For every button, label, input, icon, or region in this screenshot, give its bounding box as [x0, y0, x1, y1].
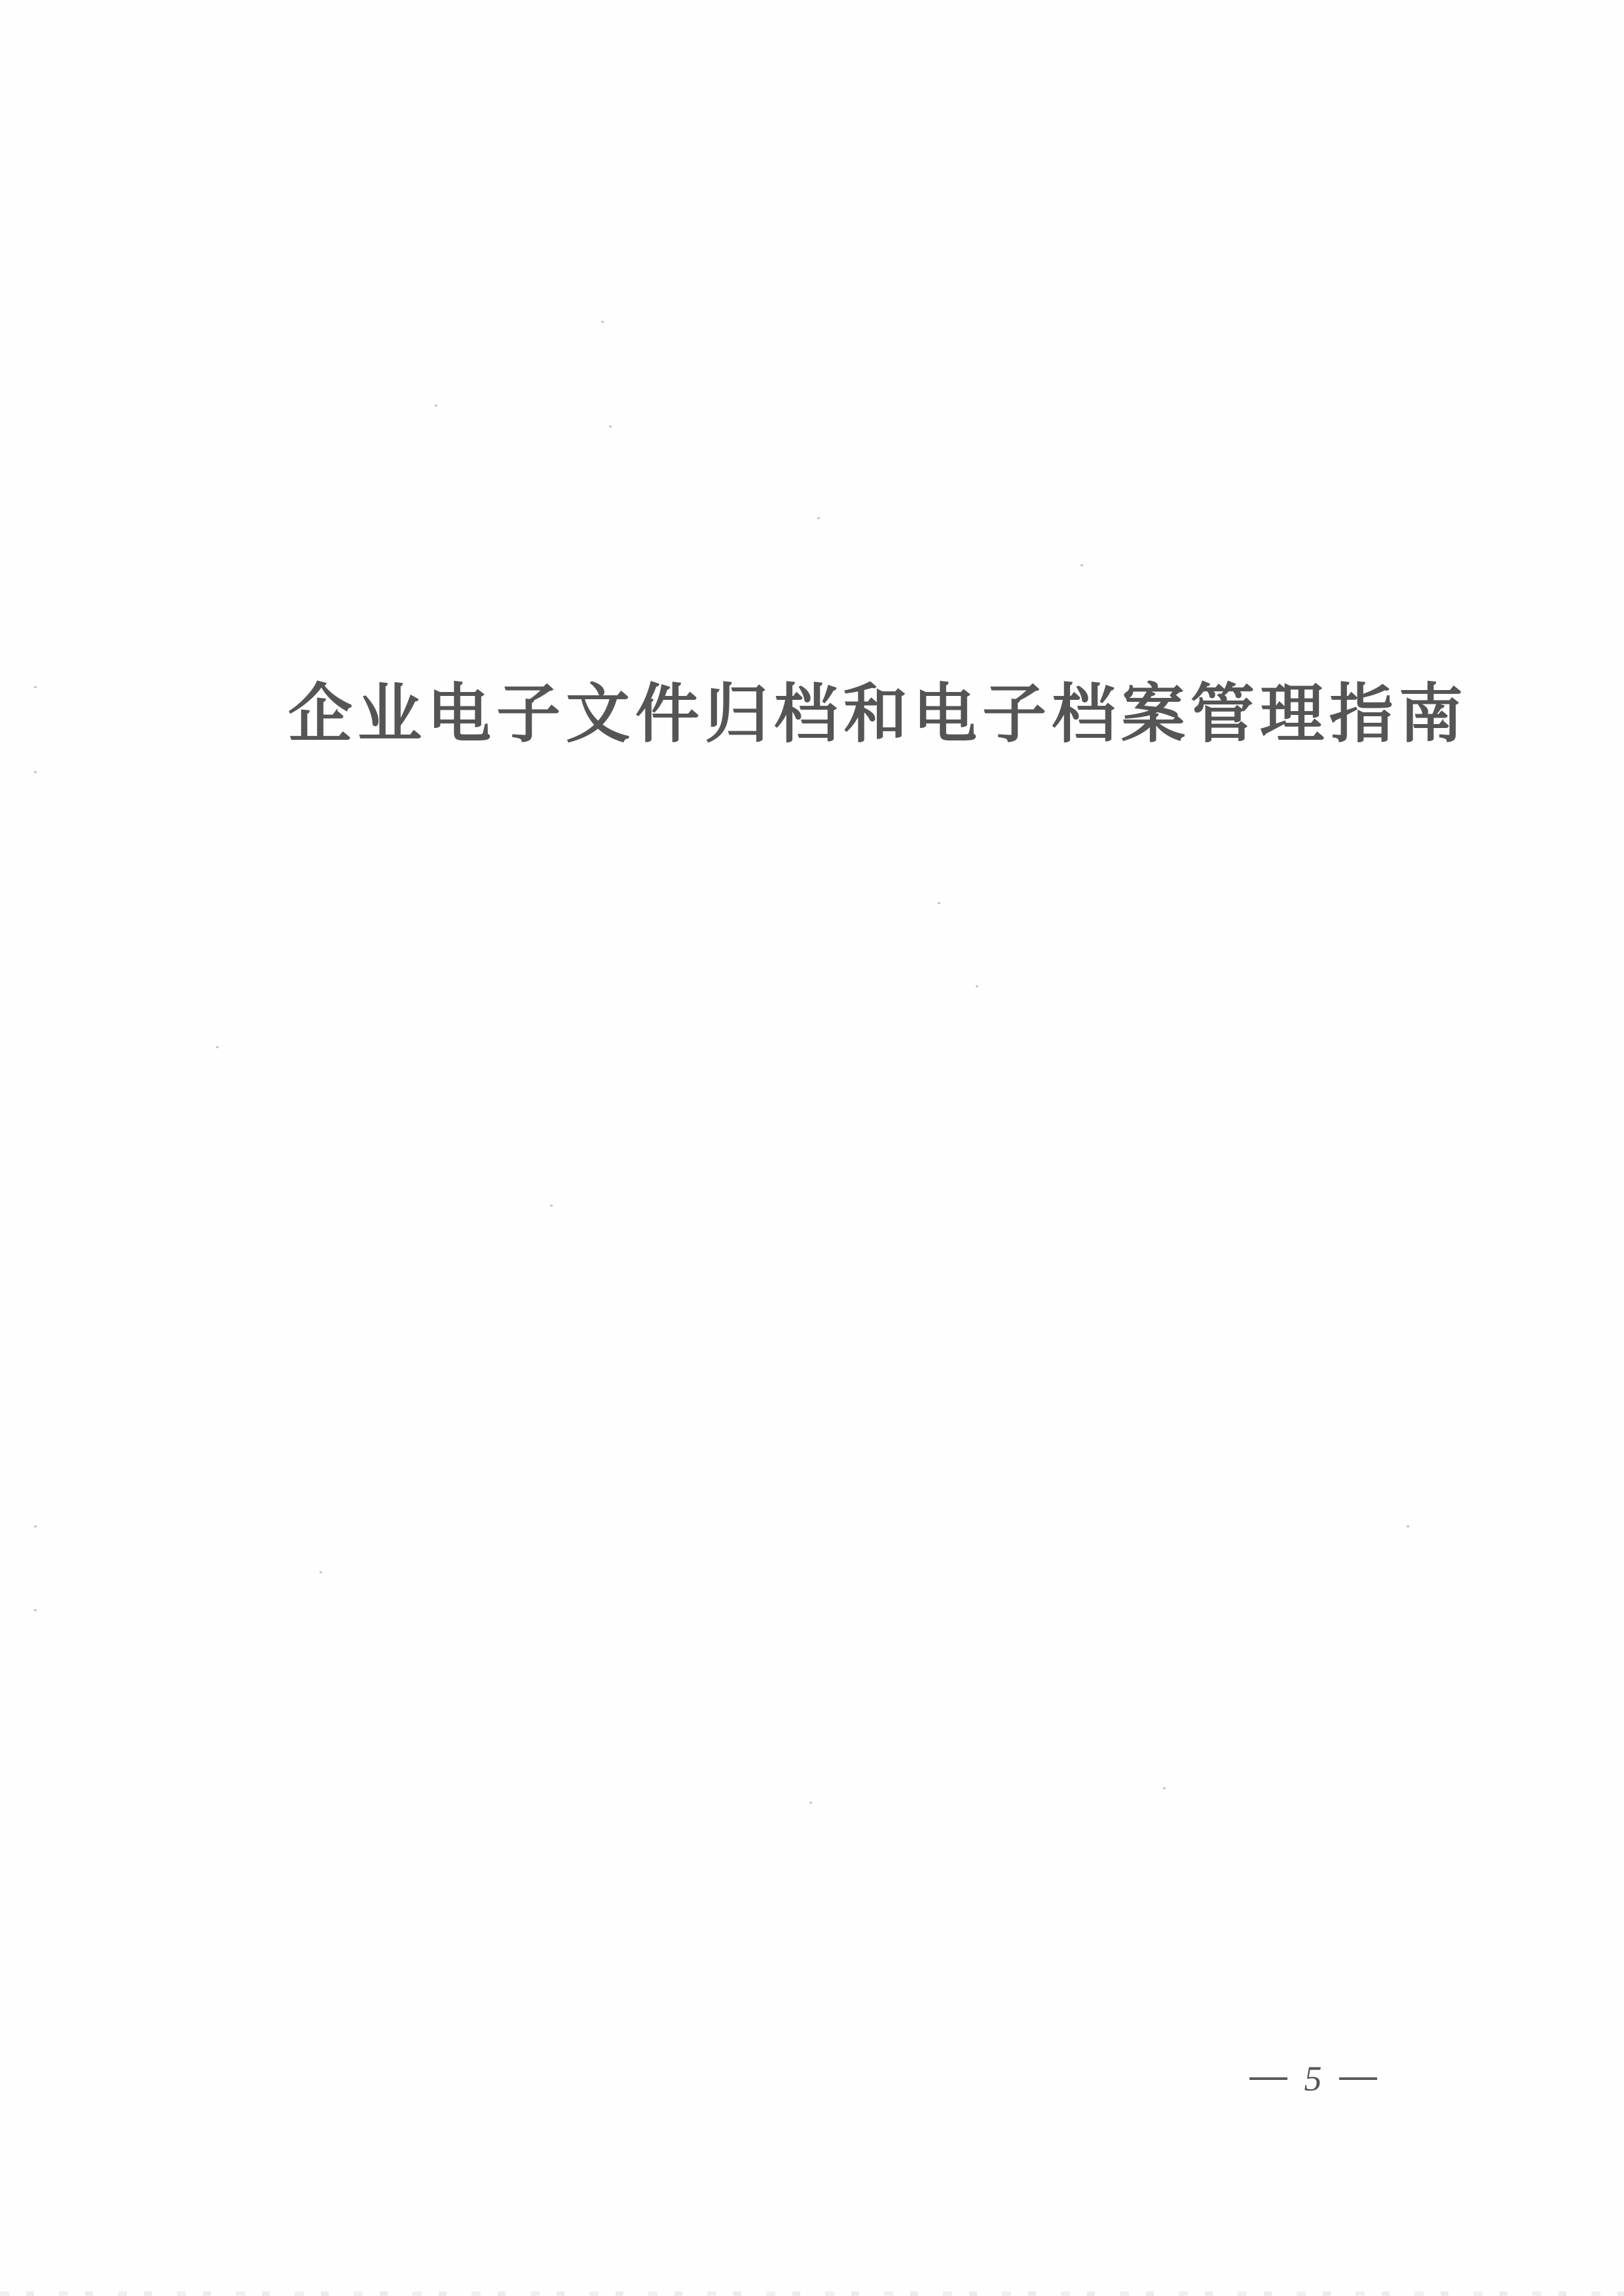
scan-speck [34, 771, 37, 773]
scan-speck [1407, 1525, 1409, 1527]
document-page: 企业电子文件归档和电子档案管理指南 5 [0, 0, 1624, 2296]
scan-speck [1163, 1787, 1166, 1789]
scan-speck [435, 405, 437, 407]
page-number: 5 [1231, 2052, 1395, 2105]
page-number-right-dash [1339, 2077, 1377, 2080]
scan-speck [34, 1525, 37, 1527]
page-number-left-dash [1249, 2077, 1287, 2080]
scan-speck [216, 1046, 219, 1048]
scan-speck [976, 985, 978, 987]
scan-speck [609, 426, 612, 428]
scan-edge-noise [0, 2291, 1624, 2296]
scan-speck [1080, 564, 1083, 566]
document-title: 企业电子文件归档和电子档案管理指南 [288, 672, 1349, 757]
scan-speck [320, 1571, 322, 1573]
scan-speck [817, 517, 820, 519]
scan-speck [938, 902, 940, 904]
page-number-value: 5 [1304, 2059, 1322, 2098]
scan-speck [34, 1609, 37, 1611]
scan-speck [601, 321, 604, 323]
scan-speck [550, 1205, 553, 1207]
scan-speck [34, 686, 37, 688]
scan-speck [809, 1802, 812, 1804]
